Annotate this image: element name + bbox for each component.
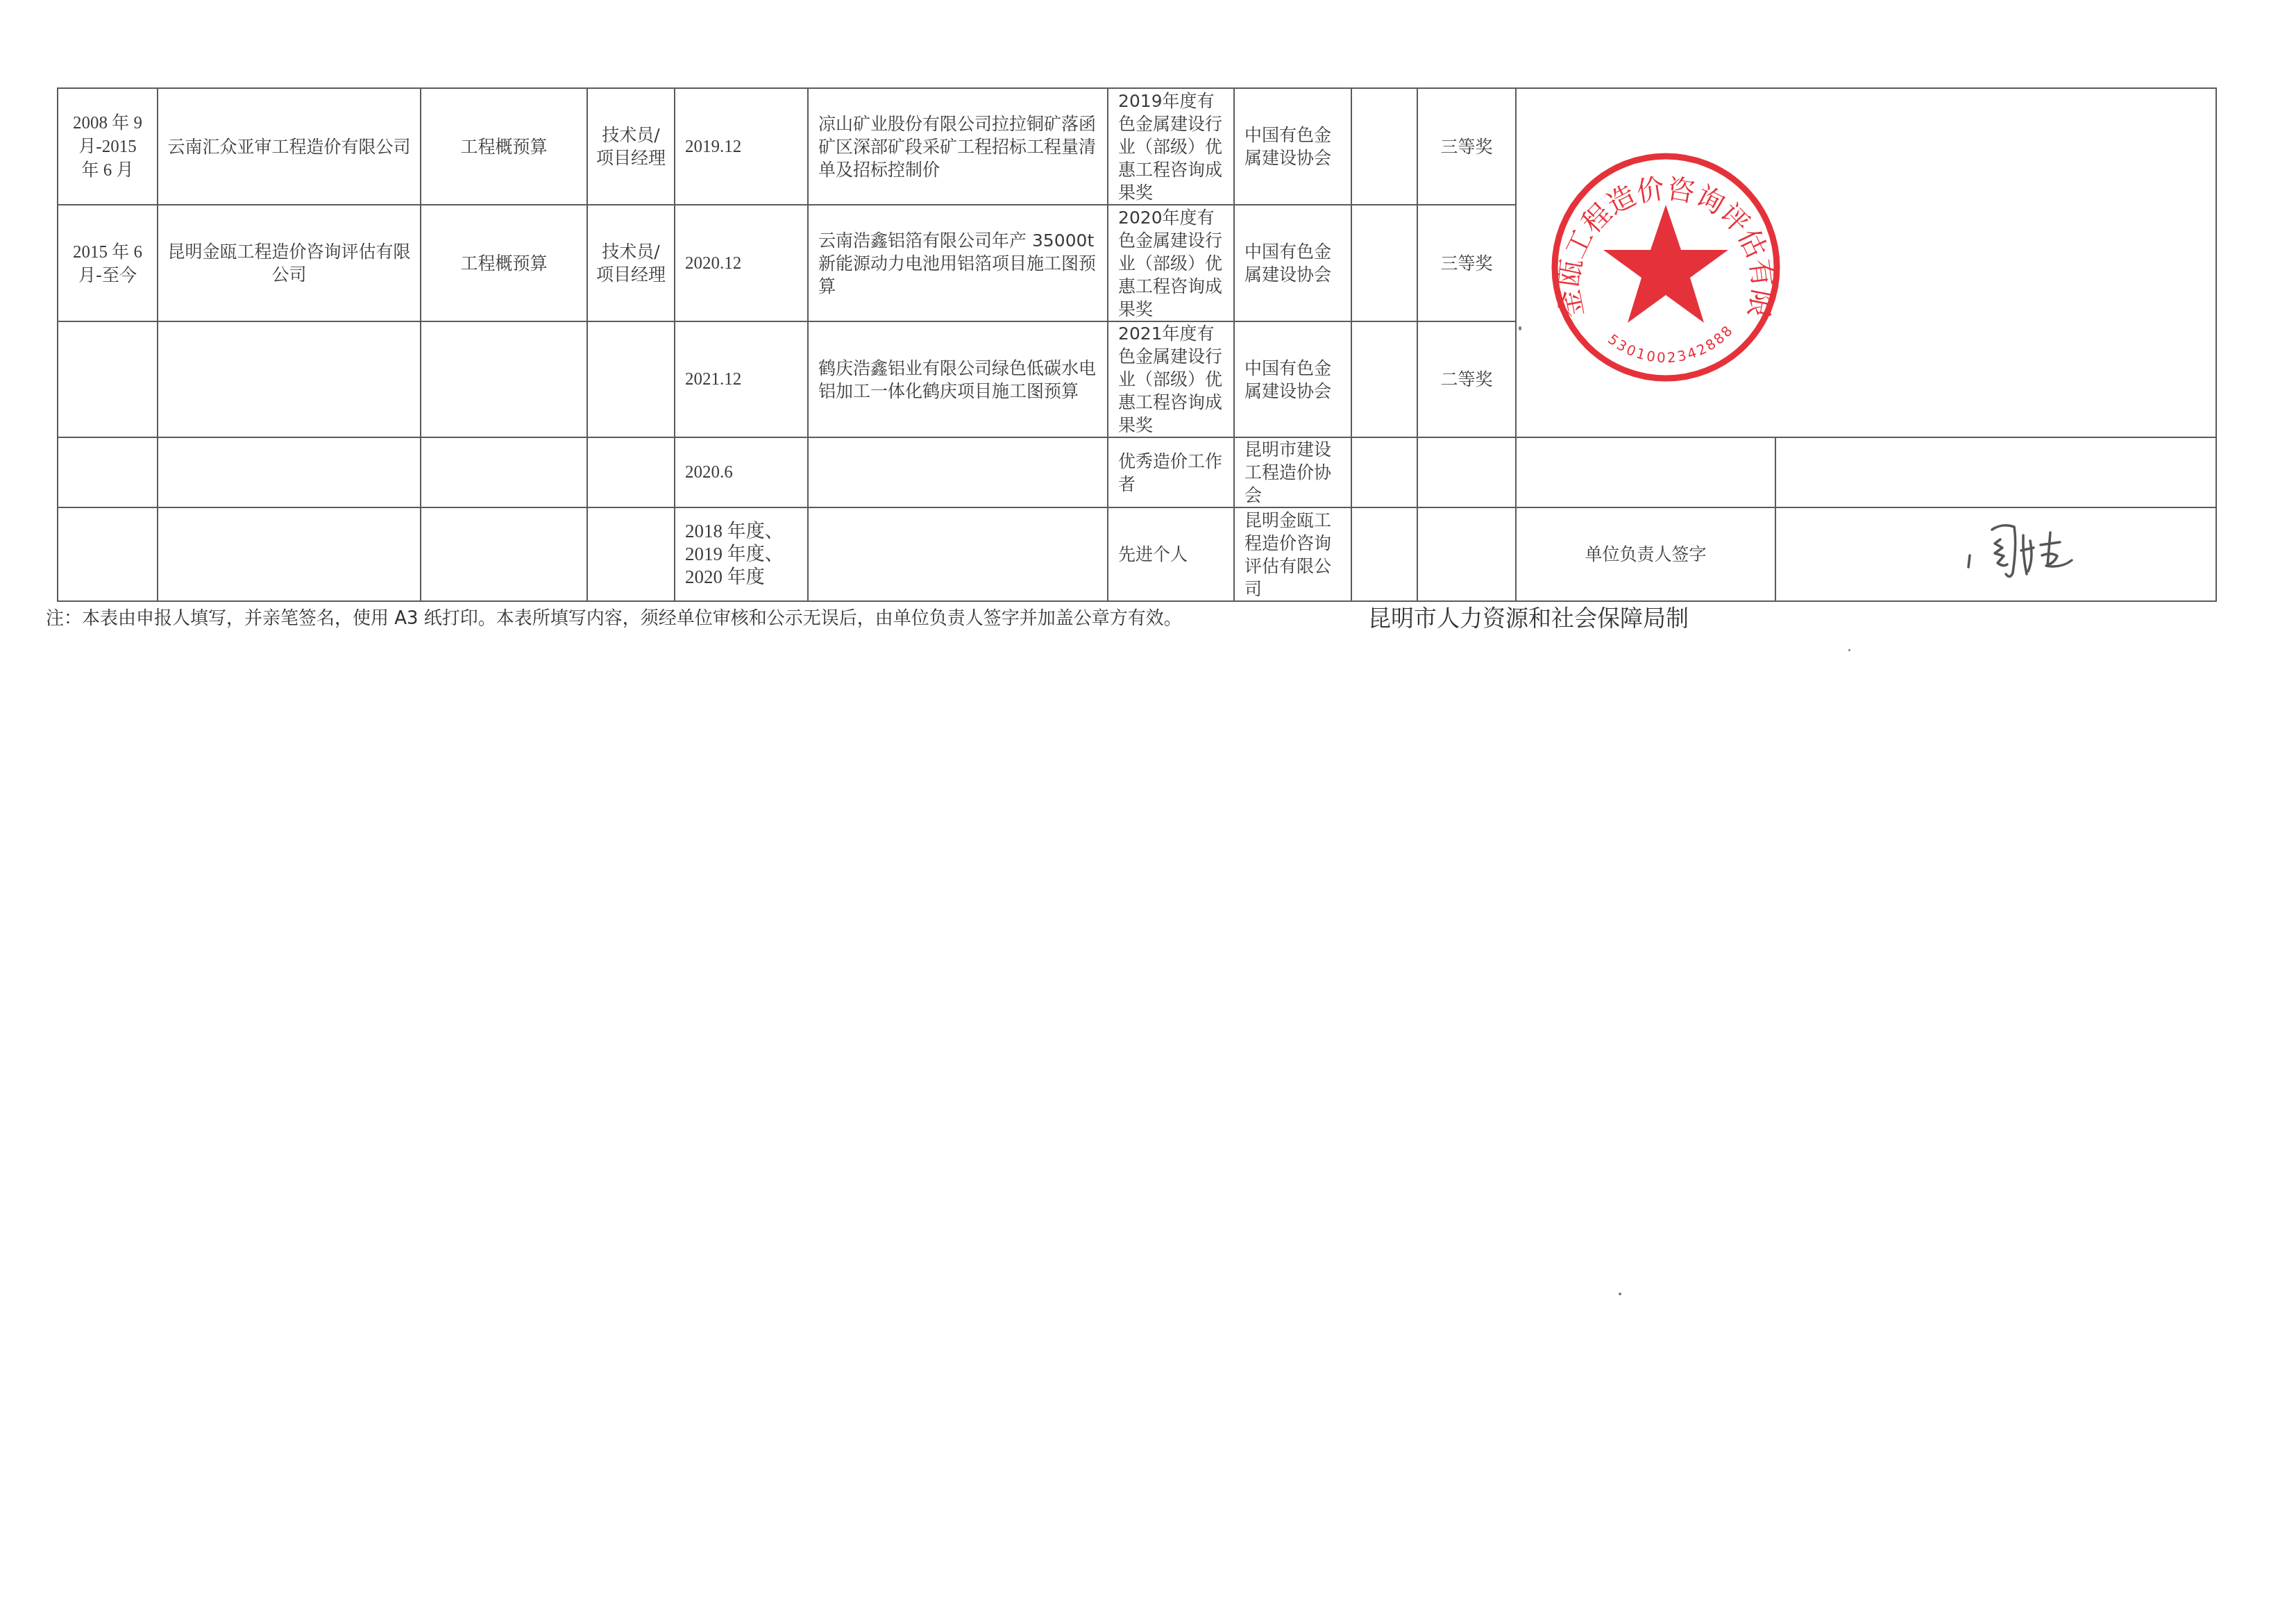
seal-code: 5301002342888 xyxy=(1605,321,1737,367)
date-cell: 2020.6 xyxy=(675,437,808,507)
company-cell xyxy=(158,321,421,437)
issuer-cell: 昆明金瓯工程造价咨询评估有限公司 xyxy=(1234,507,1351,601)
footnote: 注：本表由申报人填写，并亲笔签名，使用 A3 纸打印。本表所填写内容，须经单位审… xyxy=(46,604,1182,630)
scan-speck xyxy=(1848,649,1850,651)
position-cell: 技术员/项目经理 xyxy=(587,88,675,205)
project-cell xyxy=(808,507,1108,601)
award-cell: 优秀造价工作者 xyxy=(1108,437,1234,507)
blank-cell xyxy=(1351,205,1417,321)
project-cell: 云南浩鑫铝箔有限公司年产 35000t 新能源动力电池用铝箔项目施工图预算 xyxy=(808,205,1108,321)
table-row: 2018 年度、2019 年度、2020 年度 先进个人 昆明金瓯工程造价咨询评… xyxy=(58,507,2216,601)
position-cell xyxy=(587,507,675,601)
handwritten-signature xyxy=(1964,517,2082,583)
period-cell xyxy=(58,437,158,507)
blank-cell xyxy=(1516,437,1775,507)
blank-cell xyxy=(1351,507,1417,601)
blank-cell xyxy=(1351,437,1417,507)
scan-speck xyxy=(1519,326,1521,330)
company-cell: 昆明金瓯工程造价咨询评估有限公司 xyxy=(158,205,421,321)
company-cell xyxy=(158,507,421,601)
award-cell: 2019年度有色金属建设行业（部级）优惠工程咨询成果奖 xyxy=(1108,88,1234,205)
level-cell xyxy=(1417,507,1516,601)
achievement-table: 2008 年 9月-2015年 6 月 云南汇众亚审工程造价有限公司 工程概预算… xyxy=(57,87,2217,602)
project-cell: 鹤庆浩鑫铝业有限公司绿色低碳水电铝加工一体化鹤庆项目施工图预算 xyxy=(808,321,1108,437)
work-cell: 工程概预算 xyxy=(421,88,587,205)
table-row: 2020.6 优秀造价工作者 昆明市建设工程造价协会 xyxy=(58,437,2216,507)
signature-label: 单位负责人签字 xyxy=(1516,507,1775,601)
issuer-cell: 昆明市建设工程造价协会 xyxy=(1234,437,1351,507)
date-cell: 2018 年度、2019 年度、2020 年度 xyxy=(675,507,808,601)
date-cell: 2021.12 xyxy=(675,321,808,437)
level-cell: 三等奖 xyxy=(1417,88,1516,205)
issuer-cell: 中国有色金属建设协会 xyxy=(1234,205,1351,321)
project-cell xyxy=(808,437,1108,507)
blank-cell xyxy=(1351,321,1417,437)
blank-cell xyxy=(1351,88,1417,205)
work-cell xyxy=(421,437,587,507)
date-cell: 2019.12 xyxy=(675,88,808,205)
period-cell xyxy=(58,507,158,601)
period-cell: 2015 年 6月-至今 xyxy=(58,205,158,321)
issuing-authority: 昆明市人力资源和社会保障局制 xyxy=(1368,600,1689,633)
scan-speck xyxy=(1619,1293,1621,1295)
position-cell xyxy=(587,437,675,507)
table-row: 2008 年 9月-2015年 6 月 云南汇众亚审工程造价有限公司 工程概预算… xyxy=(58,88,2216,205)
work-cell xyxy=(421,321,587,437)
award-cell: 先进个人 xyxy=(1108,507,1234,601)
blank-cell xyxy=(1775,437,2216,507)
position-cell: 技术员/项目经理 xyxy=(587,205,675,321)
company-seal: 昆明金瓯工程造价咨询评估有限公司 5301002342888 xyxy=(1544,146,1787,389)
issuer-cell: 中国有色金属建设协会 xyxy=(1234,88,1351,205)
issuer-cell: 中国有色金属建设协会 xyxy=(1234,321,1351,437)
star-icon xyxy=(1603,205,1728,323)
award-cell: 2020年度有色金属建设行业（部级）优惠工程咨询成果奖 xyxy=(1108,205,1234,321)
company-cell xyxy=(158,437,421,507)
period-cell: 2008 年 9月-2015年 6 月 xyxy=(58,88,158,205)
award-cell: 2021年度有色金属建设行业（部级）优惠工程咨询成果奖 xyxy=(1108,321,1234,437)
level-cell: 二等奖 xyxy=(1417,321,1516,437)
company-cell: 云南汇众亚审工程造价有限公司 xyxy=(158,88,421,205)
work-cell: 工程概预算 xyxy=(421,205,587,321)
project-cell: 凉山矿业股份有限公司拉拉铜矿落函矿区深部矿段采矿工程招标工程量清单及招标控制价 xyxy=(808,88,1108,205)
work-cell xyxy=(421,507,587,601)
period-cell xyxy=(58,321,158,437)
position-cell xyxy=(587,321,675,437)
level-cell xyxy=(1417,437,1516,507)
level-cell: 三等奖 xyxy=(1417,205,1516,321)
date-cell: 2020.12 xyxy=(675,205,808,321)
